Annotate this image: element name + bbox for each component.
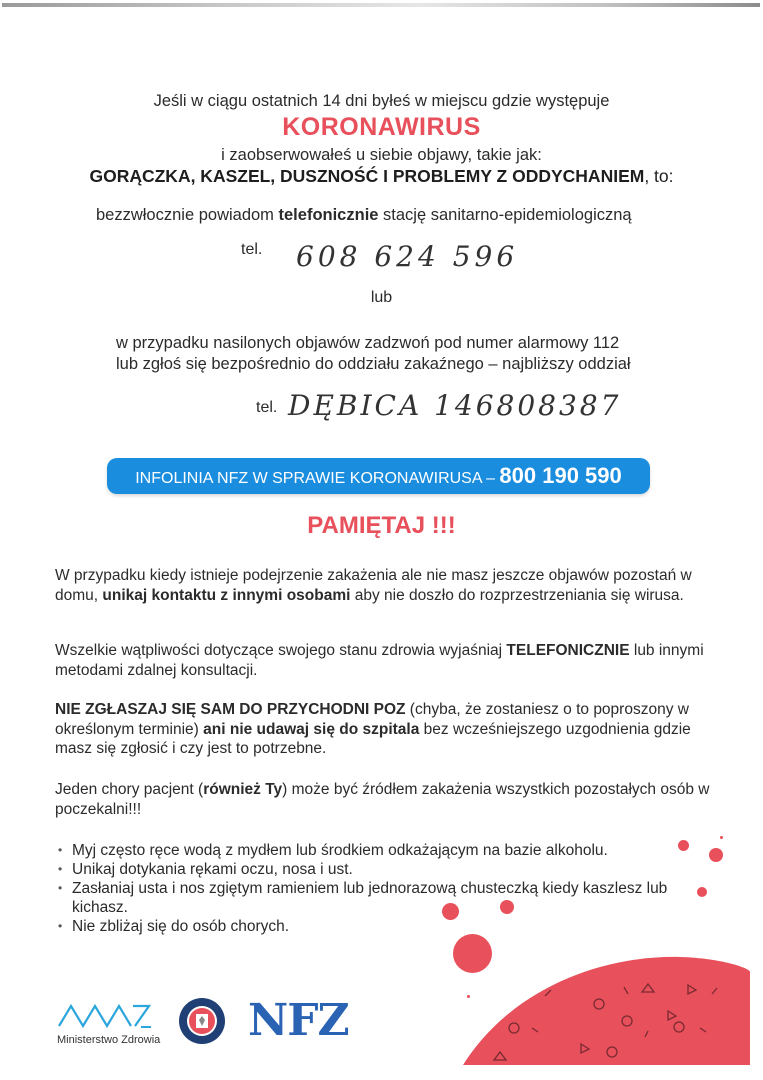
paragraph-stay-home: W przypadku kiedy istnieje podejrzenie z… [55, 566, 725, 605]
severe-line-2: lub zgłoś się bezpośrednio do oddziału z… [116, 354, 631, 375]
droplet-decoration [720, 836, 723, 839]
tel2-label: tel. [256, 399, 277, 417]
ministry-name: Ministerstwo Zdrowia [57, 1034, 160, 1046]
sanitary-inspection-emblem-icon [178, 997, 226, 1045]
notify-instruction: bezzwłocznie powiadom telefonicznie stac… [96, 206, 632, 225]
infoline-number: 800 190 590 [499, 463, 621, 488]
list-item: Unikaj dotykania rękami oczu, nosa i ust… [58, 860, 698, 879]
infoline-label: INFOLINIA NFZ W SPRAWIE KORONAWIRUSA – [135, 470, 499, 487]
p1-bold: unikaj kontaktu z innymi osobami [102, 587, 350, 604]
p2-pre: Wszelkie wątpliwości dotyczące swojego s… [55, 642, 506, 659]
severe-line-1: w przypadku nasilonych objawów zadzwoń p… [116, 333, 631, 354]
droplet-decoration [500, 900, 514, 914]
or-text: lub [0, 289, 763, 307]
list-item: Myj często ręce wodą z mydłem lub środki… [58, 841, 698, 860]
nfz-logo: NFZ [248, 995, 349, 1046]
remember-title: PAMIĘTAJ !!! [0, 512, 763, 540]
list-item: Nie zbliżaj się do osób chorych. [58, 917, 698, 936]
symptoms-bold: GORĄCZKA, KASZEL, DUSZNOŚĆ I PROBLEMY Z … [89, 166, 644, 186]
p3-bold-1: NIE ZGŁASZAJ SIĘ SAM DO PRZYCHODNI POZ [55, 701, 406, 718]
hygiene-list: Myj często ręce wodą z mydłem lub środki… [58, 841, 698, 936]
severe-instruction: w przypadku nasilonych objawów zadzwoń p… [116, 333, 631, 375]
tel2-handwritten: DĘBICA 146808387 [288, 389, 621, 422]
list-item: Zasłaniaj usta i nos zgiętym ramieniem l… [58, 879, 698, 917]
notify-pre: bezzwłocznie powiadom [96, 206, 279, 224]
notify-bold: telefonicznie [279, 206, 379, 224]
droplet-decoration [678, 840, 689, 851]
tel-handwritten: 608 624 596 [296, 240, 518, 273]
paragraph-phone: Wszelkie wątpliwości dotyczące swojego s… [55, 641, 725, 680]
paragraph-no-clinic: NIE ZGŁASZAJ SIĘ SAM DO PRZYCHODNI POZ (… [55, 700, 725, 759]
p1-post: aby nie doszło do rozprzestrzeniania się… [350, 587, 683, 604]
ministry-logo-icon [57, 1000, 157, 1030]
symptoms-intro: i zaobserwowałeś u siebie objawy, takie … [0, 146, 763, 165]
scan-edge [2, 3, 760, 7]
p3-bold-2: ani nie udawaj się do szpitala [203, 721, 419, 738]
droplet-decoration [442, 903, 459, 920]
paragraph-waiting-room: Jeden chory pacjent (również Ty) może by… [55, 780, 725, 819]
intro-text: Jeśli w ciągu ostatnich 14 dni byłeś w m… [0, 92, 763, 111]
infoline-banner: INFOLINIA NFZ W SPRAWIE KORONAWIRUSA – 8… [107, 458, 650, 494]
symptoms-list: GORĄCZKA, KASZEL, DUSZNOŚĆ I PROBLEMY Z … [0, 166, 763, 187]
tel-label: tel. [241, 241, 262, 259]
page-title: KORONAWIRUS [0, 113, 763, 142]
notify-post: stację sanitarno-epidemiologiczną [378, 206, 631, 224]
virus-blob-decoration [420, 940, 763, 1080]
p4-pre: Jeden chory pacjent ( [55, 781, 203, 798]
p2-bold: TELEFONICZNIE [506, 642, 629, 659]
droplet-decoration [709, 848, 723, 862]
droplet-decoration [697, 887, 707, 897]
p4-bold: również Ty [203, 781, 282, 798]
symptoms-tail: , to: [644, 166, 673, 186]
